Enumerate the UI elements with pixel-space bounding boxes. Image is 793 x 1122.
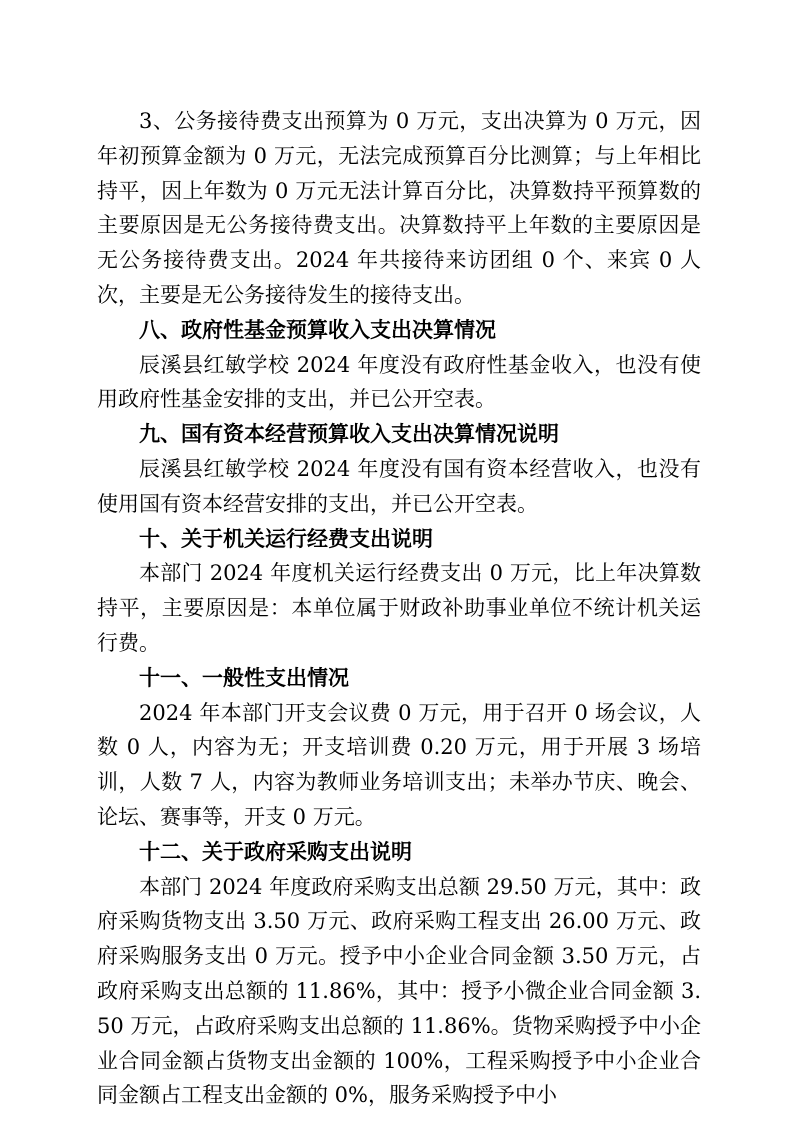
heading-government-fund-budget: 八、政府性基金预算收入支出决算情况 xyxy=(97,313,701,348)
heading-government-procurement: 十二、关于政府采购支出说明 xyxy=(97,835,701,870)
paragraph-state-capital-operation: 辰溪县红敏学校 2024 年度没有国有资本经营收入，也没有使用国有资本经营安排的… xyxy=(97,452,701,522)
paragraph-general-expenditure: 2024 年本部门开支会议费 0 万元，用于召开 0 场会议，人数 0 人，内容… xyxy=(97,696,701,835)
document-page: 3、公务接待费支出预算为 0 万元，支出决算为 0 万元，因年初预算金额为 0 … xyxy=(0,0,793,1122)
heading-state-capital-operation: 九、国有资本经营预算收入支出决算情况说明 xyxy=(97,417,701,452)
paragraph-government-fund-budget: 辰溪县红敏学校 2024 年度没有政府性基金收入，也没有使用政府性基金安排的支出… xyxy=(97,348,701,418)
heading-agency-operating-expense: 十、关于机关运行经费支出说明 xyxy=(97,522,701,557)
paragraph-agency-operating-expense: 本部门 2024 年度机关运行经费支出 0 万元，比上年决算数持平，主要原因是：… xyxy=(97,556,701,660)
paragraph-government-procurement: 本部门 2024 年度政府采购支出总额 29.50 万元，其中：政府采购货物支出… xyxy=(97,870,701,1114)
paragraph-official-reception-expense: 3、公务接待费支出预算为 0 万元，支出决算为 0 万元，因年初预算金额为 0 … xyxy=(97,104,701,313)
heading-general-expenditure: 十一、一般性支出情况 xyxy=(97,661,701,696)
